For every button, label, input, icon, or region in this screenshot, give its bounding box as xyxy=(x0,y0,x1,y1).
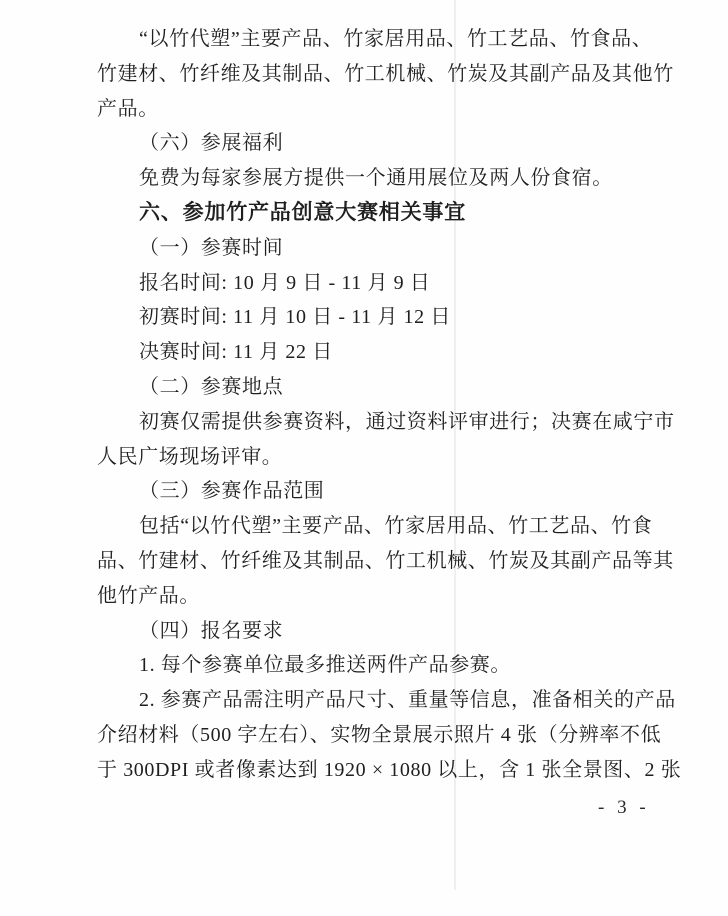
text-line: 2. 参赛产品需注明产品尺寸、重量等信息，准备相关的产品 xyxy=(97,683,657,718)
text-line: “以竹代塑”主要产品、竹家居用品、竹工艺品、竹食品、 xyxy=(97,22,657,57)
section-heading: （三）参赛作品范围 xyxy=(97,474,657,509)
text-line: 竹建材、竹纤维及其制品、竹工机械、竹炭及其副产品及其他竹 xyxy=(97,57,657,92)
paragraph: 免费为每家参展方提供一个通用展位及两人份食宿。 xyxy=(97,161,657,196)
text-line: 决赛时间: 11 月 22 日 xyxy=(97,335,657,370)
text-line: （四）报名要求 xyxy=(97,614,657,649)
paragraph: 1. 每个参赛单位最多推送两件产品参赛。 xyxy=(97,648,657,683)
text-line: 初赛时间: 11 月 10 日 - 11 月 12 日 xyxy=(97,300,657,335)
text-line: （二）参赛地点 xyxy=(97,370,657,405)
section-heading: （四）报名要求 xyxy=(97,614,657,649)
text-line: （一）参赛时间 xyxy=(97,231,657,266)
paragraph: 初赛时间: 11 月 10 日 - 11 月 12 日 xyxy=(97,300,657,335)
text-line: 初赛仅需提供参赛资料，通过资料评审进行；决赛在咸宁市 xyxy=(97,405,657,440)
text-line: 于 300DPI 或者像素达到 1920 × 1080 以上，含 1 张全景图、… xyxy=(97,753,657,788)
text-line: 免费为每家参展方提供一个通用展位及两人份食宿。 xyxy=(97,161,657,196)
paragraph: “以竹代塑”主要产品、竹家居用品、竹工艺品、竹食品、竹建材、竹纤维及其制品、竹工… xyxy=(97,22,657,126)
text-line: 产品。 xyxy=(97,92,657,127)
text-line: （六）参展福利 xyxy=(97,126,657,161)
document-content: “以竹代塑”主要产品、竹家居用品、竹工艺品、竹食品、竹建材、竹纤维及其制品、竹工… xyxy=(97,22,657,788)
text-line: 品、竹建材、竹纤维及其制品、竹工机械、竹炭及其副产品等其 xyxy=(97,544,657,579)
paragraph: 报名时间: 10 月 9 日 - 11 月 9 日 xyxy=(97,266,657,301)
text-line: 报名时间: 10 月 9 日 - 11 月 9 日 xyxy=(97,266,657,301)
text-line: 他竹产品。 xyxy=(97,579,657,614)
paragraph: 决赛时间: 11 月 22 日 xyxy=(97,335,657,370)
section-heading: （六）参展福利 xyxy=(97,126,657,161)
text-line: 六、参加竹产品创意大赛相关事宜 xyxy=(97,196,657,231)
text-line: （三）参赛作品范围 xyxy=(97,474,657,509)
page-number: - 3 - xyxy=(598,797,650,819)
text-line: 人民广场现场评审。 xyxy=(97,440,657,475)
chapter-heading: 六、参加竹产品创意大赛相关事宜 xyxy=(97,196,657,231)
text-line: 介绍材料（500 字左右）、实物全景展示照片 4 张（分辨率不低 xyxy=(97,718,657,753)
section-heading: （一）参赛时间 xyxy=(97,231,657,266)
paragraph: 初赛仅需提供参赛资料，通过资料评审进行；决赛在咸宁市人民广场现场评审。 xyxy=(97,405,657,475)
paragraph: 包括“以竹代塑”主要产品、竹家居用品、竹工艺品、竹食品、竹建材、竹纤维及其制品、… xyxy=(97,509,657,613)
paragraph: 2. 参赛产品需注明产品尺寸、重量等信息，准备相关的产品介绍材料（500 字左右… xyxy=(97,683,657,787)
text-line: 1. 每个参赛单位最多推送两件产品参赛。 xyxy=(97,648,657,683)
text-line: 包括“以竹代塑”主要产品、竹家居用品、竹工艺品、竹食 xyxy=(97,509,657,544)
section-heading: （二）参赛地点 xyxy=(97,370,657,405)
scanned-document-page: “以竹代塑”主要产品、竹家居用品、竹工艺品、竹食品、竹建材、竹纤维及其制品、竹工… xyxy=(0,0,728,916)
